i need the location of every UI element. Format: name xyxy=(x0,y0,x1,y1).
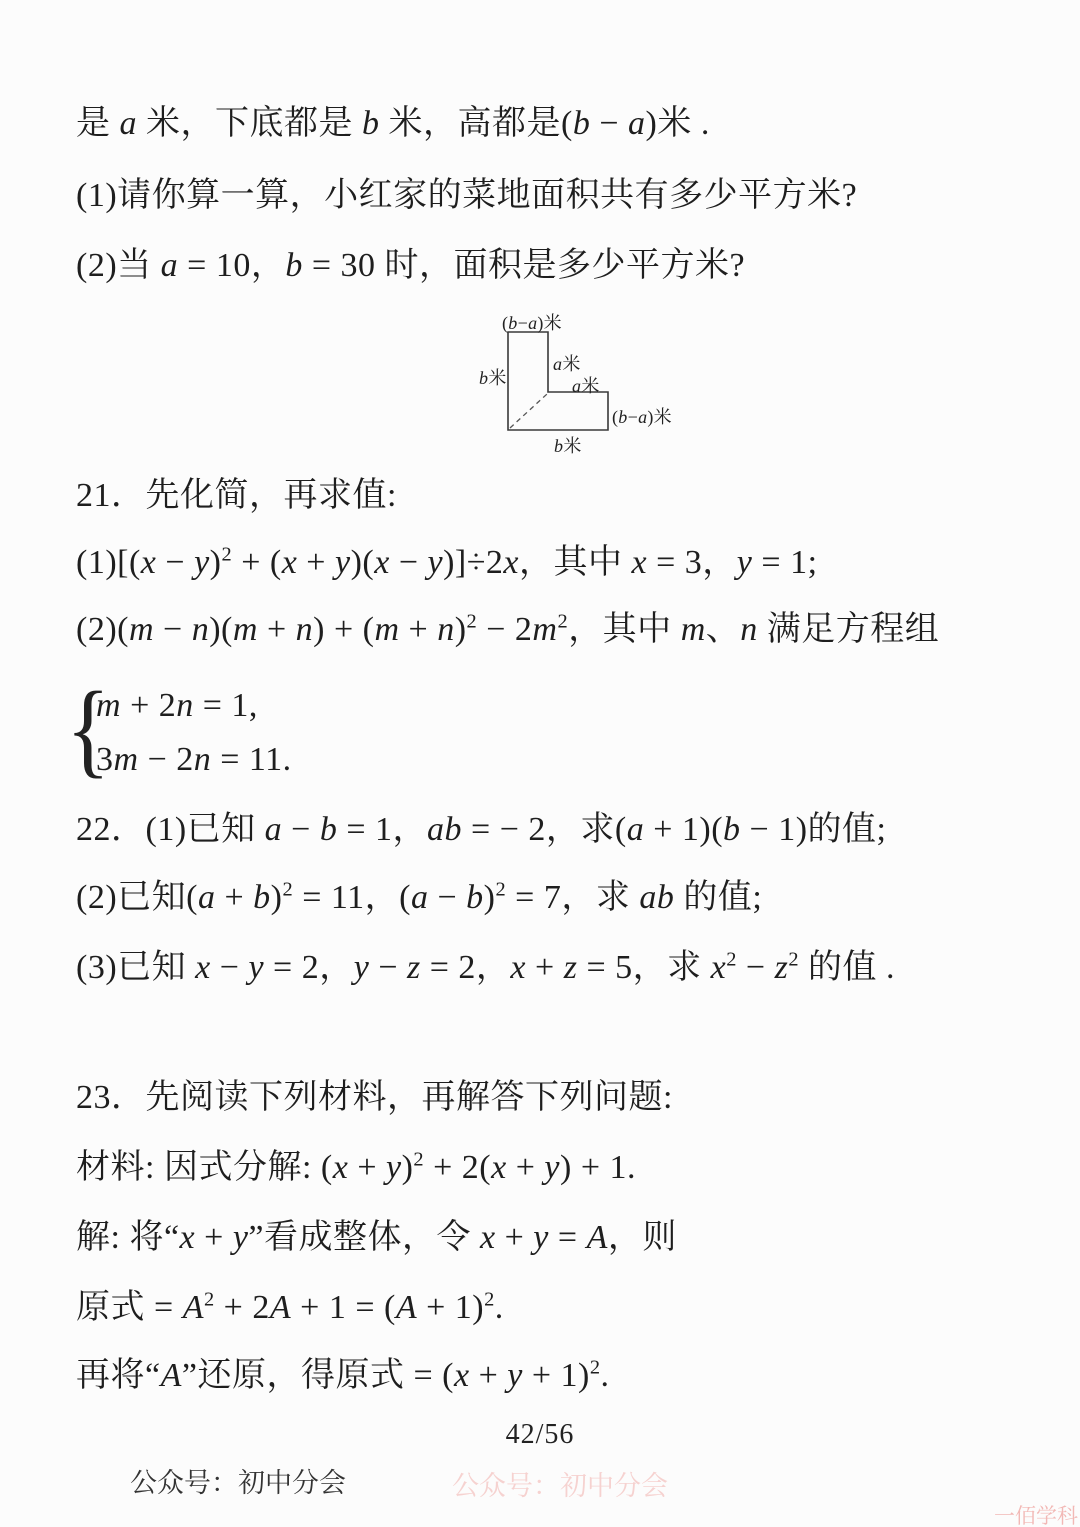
figure-label-top: (b−a)米 xyxy=(502,309,562,335)
figure-label-inner-horizontal: a米 xyxy=(572,372,600,398)
worksheet-page: 是 a 米，下底都是 b 米，高都是(b − a)米 . (1)请你算一算，小红… xyxy=(0,0,1080,1527)
problem-22-part-3: (3)已知 x − y = 2，y − z = 2，x + z = 5，求 x2… xyxy=(76,948,895,989)
watermark-center: 公众号：初中分会 xyxy=(452,1464,668,1503)
figure-label-left: b米 xyxy=(479,364,507,390)
problem-20-part-1: (1)请你算一算，小红家的菜地面积共有多少平方米? xyxy=(76,176,857,217)
figure-l-shape: (b−a)米 b米 a米 a米 (b−a)米 b米 xyxy=(470,303,720,463)
figure-label-right: (b−a)米 xyxy=(612,403,672,429)
solution-step-1: 原式 = A2 + 2A + 1 = (A + 1)2. xyxy=(76,1288,504,1329)
problem-21-part-1: (1)[(x − y)2 + (x + y)(x − y)]÷2x，其中 x =… xyxy=(76,543,818,584)
solution-step-2: 再将“A”还原，得原式 = (x + y + 1)2. xyxy=(76,1356,610,1397)
problem-22-part-1: 22．(1)已知 a − b = 1，ab = − 2，求(a + 1)(b −… xyxy=(76,810,886,851)
problem-20-part-2: (2)当 a = 10，b = 30 时，面积是多少平方米? xyxy=(76,246,745,287)
system-eq-2: 3m − 2n = 11. xyxy=(96,740,292,781)
problem-23-heading: 23．先阅读下列材料，再解答下列问题: xyxy=(76,1078,673,1119)
problem-20-intro: 是 a 米，下底都是 b 米，高都是(b − a)米 . xyxy=(76,104,710,145)
footer-account: 公众号：初中分会 xyxy=(130,1461,346,1500)
material-line: 材料: 因式分解: (x + y)2 + 2(x + y) + 1. xyxy=(76,1148,636,1189)
dashed-diagonal xyxy=(510,394,547,428)
system-eq-1: m + 2n = 1, xyxy=(96,686,258,727)
watermark-corner: 一佰学科网 xyxy=(994,1500,1080,1527)
figure-label-bottom: b米 xyxy=(554,432,582,458)
problem-21-part-2: (2)(m − n)(m + n) + (m + n)2 − 2m2，其中 m、… xyxy=(76,610,939,651)
solution-line: 解: 将“x + y”看成整体，令 x + y = A，则 xyxy=(76,1218,677,1259)
page-number: 42/56 xyxy=(0,1419,1080,1451)
problem-22-part-2: (2)已知(a + b)2 = 11，(a − b)2 = 7，求 ab 的值; xyxy=(76,878,762,919)
problem-21-heading: 21．先化简，再求值: xyxy=(76,476,397,517)
